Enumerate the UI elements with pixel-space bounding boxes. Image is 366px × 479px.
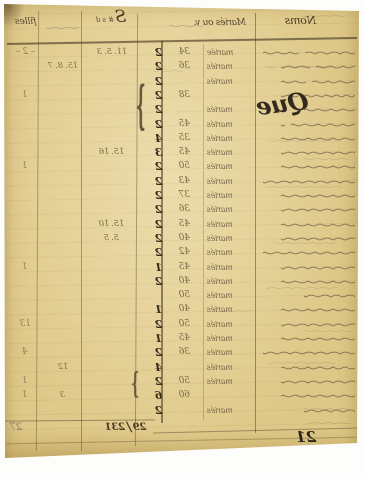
scribble-mark xyxy=(265,177,343,196)
scribble-mark xyxy=(303,321,353,340)
scribble-mark xyxy=(303,149,349,168)
paper-sheet: filles # s d S Mariés ou v. Noms – 2 –11… xyxy=(3,1,361,459)
bleed-through-scribbles xyxy=(3,1,361,459)
scribble-mark xyxy=(47,18,79,37)
scribble-mark xyxy=(268,353,336,372)
scribble-mark xyxy=(213,301,253,320)
scribble-mark xyxy=(265,57,335,76)
scribble-mark xyxy=(303,6,347,25)
scanned-ledger-page: filles # s d S Mariés ou v. Noms – 2 –11… xyxy=(0,0,366,479)
scribble-mark xyxy=(308,413,350,432)
scribble-mark xyxy=(169,16,203,35)
scribble-mark xyxy=(153,61,183,80)
scribble-mark xyxy=(271,131,331,150)
scribble-mark xyxy=(273,233,337,252)
scribble-mark xyxy=(265,278,337,297)
